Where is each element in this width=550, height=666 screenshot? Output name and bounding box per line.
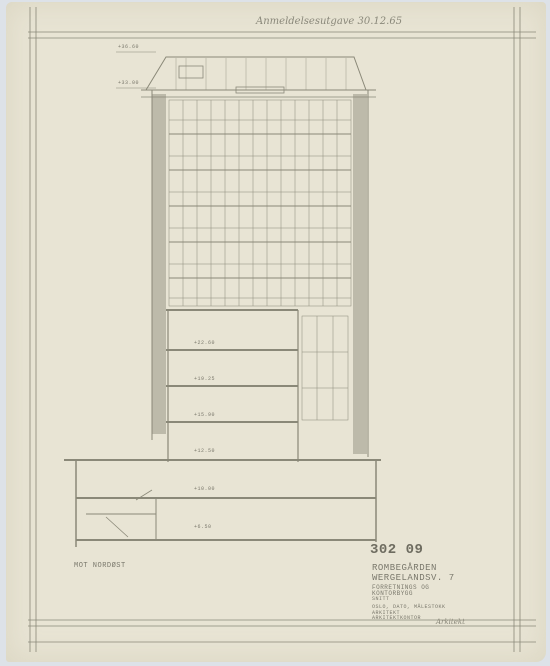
drawing-sheet: Anmeldelsesutgave 30.12.65 +36.60 +33.00… — [6, 2, 546, 662]
level-label: +19.25 — [194, 376, 215, 382]
project-address: WERGELANDSV. 7 — [372, 573, 455, 583]
level-label: +12.50 — [194, 448, 215, 454]
level-label: +22.60 — [194, 340, 215, 346]
level-label: +6.50 — [194, 524, 212, 530]
view-label: MOT NORDØST — [74, 562, 126, 570]
drawing-number: 302 09 — [370, 542, 423, 558]
level-label: +10.00 — [194, 486, 215, 492]
level-label: +36.60 — [118, 44, 139, 50]
signature: Arkitekt — [436, 618, 465, 626]
drawing-type: SNITT — [372, 596, 390, 602]
handwritten-note: Anmeldelsesutgave 30.12.65 — [256, 16, 402, 27]
level-label: +15.90 — [194, 412, 215, 418]
level-label: +33.00 — [118, 80, 139, 86]
architect-info-3: ARKITEKTKONTOR — [372, 615, 421, 621]
project-name: ROMBEGÅRDEN — [372, 563, 437, 573]
